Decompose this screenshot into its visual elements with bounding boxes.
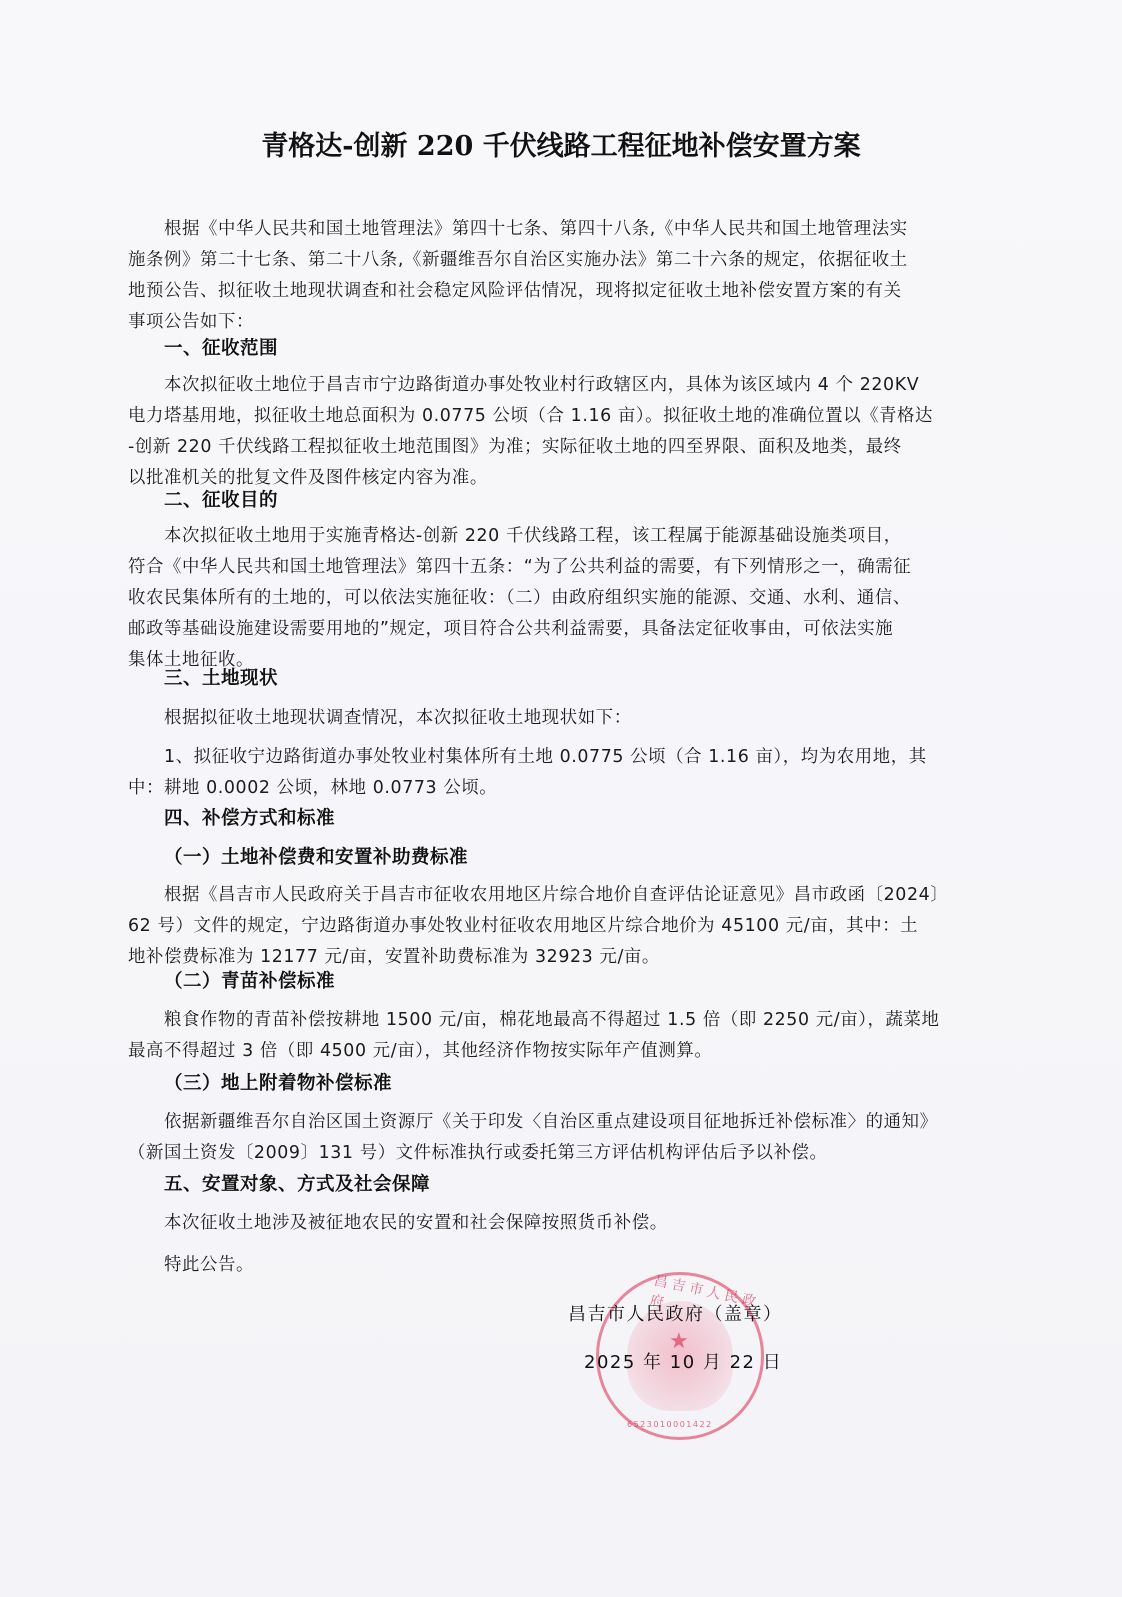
text-line: 62 号）文件的规定，宁边路街道办事处牧业村征收农用地区片综合地价为 45100… xyxy=(128,911,1033,942)
section-heading-purpose: 二、征收目的 xyxy=(164,486,278,512)
text-line: 符合《中华人民共和国土地管理法》第四十五条：“为了公共利益的需要，有下列情形之一… xyxy=(128,552,1033,583)
section-heading-resettlement: 五、安置对象、方式及社会保障 xyxy=(164,1170,430,1196)
section-scope-body: 本次拟征收土地位于昌吉市宁边路街道办事处牧业村行政辖区内，具体为该区域内 4 个… xyxy=(128,370,1033,494)
text-line: 本次征收土地涉及被征地农民的安置和社会保障按照货币补偿。 xyxy=(128,1208,1033,1239)
section-heading-land-status: 三、土地现状 xyxy=(164,664,278,690)
text-line: 最高不得超过 3 倍（即 4500 元/亩），其他经济作物按实际年产值测算。 xyxy=(128,1036,1033,1067)
issuer-signature: 昌吉市人民政府（盖章） xyxy=(568,1300,783,1326)
text-line: 地预公告、拟征收土地现状调查和社会稳定风险评估情况，现将拟定征收土地补偿安置方案… xyxy=(128,276,1033,307)
subsection-attachment-compensation-body: 依据新疆维吾尔自治区国土资源厅《关于印发〈自治区重点建设项目征地拆迁补偿标准〉的… xyxy=(128,1107,1033,1169)
text-line: 邮政等基础设施建设需要用地的”规定，项目符合公共利益需要，具备法定征收事由，可依… xyxy=(128,614,1033,645)
seal-number: 6523010001422 xyxy=(627,1420,713,1429)
subsection-land-compensation-body: 根据《昌吉市人民政府关于昌吉市征收农用地区片综合地价自查评估论证意见》昌市政函〔… xyxy=(128,880,1033,973)
text-line: 根据拟征收土地现状调查情况，本次拟征收土地现状如下： xyxy=(128,703,1033,734)
text-line: 粮食作物的青苗补偿按耕地 1500 元/亩，棉花地最高不得超过 1.5 倍（即 … xyxy=(128,1005,1033,1036)
text-line: -创新 220 千伏线路工程拟征收土地范围图》为准；实际征收土地的四至界限、面积… xyxy=(128,432,1033,463)
text-line: 根据《昌吉市人民政府关于昌吉市征收农用地区片综合地价自查评估论证意见》昌市政函〔… xyxy=(128,880,1033,911)
subsection-heading-attachment-compensation: （三）地上附着物补偿标准 xyxy=(164,1069,392,1095)
section-heading-scope: 一、征收范围 xyxy=(164,334,278,360)
text-line: （新国土资发〔2009〕131 号）文件标准执行或委托第三方评估机构评估后予以补… xyxy=(128,1138,1033,1169)
section-land-status-body: 根据拟征收土地现状调查情况，本次拟征收土地现状如下： 1、拟征收宁边路街道办事处… xyxy=(128,703,1033,804)
text-line: 本次拟征收土地位于昌吉市宁边路街道办事处牧业村行政辖区内，具体为该区域内 4 个… xyxy=(128,370,1033,401)
text-line: 1、拟征收宁边路街道办事处牧业村集体所有土地 0.0775 公顷（合 1.16 … xyxy=(128,742,1033,773)
subsection-heading-crop-compensation: （二）青苗补偿标准 xyxy=(164,967,335,993)
closing-text: 特此公告。 xyxy=(128,1250,1033,1281)
text-line: 本次拟征收土地用于实施青格达-创新 220 千伏线路工程，该工程属于能源基础设施… xyxy=(128,521,1033,552)
text-line: 施条例》第二十七条、第二十八条,《新疆维吾尔自治区实施办法》第二十六条的规定，依… xyxy=(128,245,1033,276)
issue-date: 2025 年 10 月 22 日 xyxy=(584,1348,782,1374)
closing-paragraph: 特此公告。 xyxy=(128,1250,1033,1281)
text-line: 电力塔基用地，拟征收土地总面积为 0.0775 公顷（合 1.16 亩）。拟征收… xyxy=(128,401,1033,432)
intro-paragraph: 根据《中华人民共和国土地管理法》第四十七条、第四十八条,《中华人民共和国土地管理… xyxy=(128,214,1033,338)
text-line: 中：耕地 0.0002 公顷，林地 0.0773 公顷。 xyxy=(128,773,1033,804)
section-resettlement-body: 本次征收土地涉及被征地农民的安置和社会保障按照货币补偿。 xyxy=(128,1208,1033,1239)
subsection-heading-land-compensation: （一）土地补偿费和安置补助费标准 xyxy=(164,843,468,869)
document-page: 青格达-创新 220 千伏线路工程征地补偿安置方案 根据《中华人民共和国土地管理… xyxy=(0,0,1122,1597)
text-line: 收农民集体所有的土地的，可以依法实施征收：（二）由政府组织实施的能源、交通、水利… xyxy=(128,583,1033,614)
document-title: 青格达-创新 220 千伏线路工程征地补偿安置方案 xyxy=(0,124,1122,163)
text-line: 根据《中华人民共和国土地管理法》第四十七条、第四十八条,《中华人民共和国土地管理… xyxy=(128,214,1033,245)
subsection-crop-compensation-body: 粮食作物的青苗补偿按耕地 1500 元/亩，棉花地最高不得超过 1.5 倍（即 … xyxy=(128,1005,1033,1067)
section-purpose-body: 本次拟征收土地用于实施青格达-创新 220 千伏线路工程，该工程属于能源基础设施… xyxy=(128,521,1033,676)
section-heading-compensation: 四、补偿方式和标准 xyxy=(164,804,335,830)
text-line: 依据新疆维吾尔自治区国土资源厅《关于印发〈自治区重点建设项目征地拆迁补偿标准〉的… xyxy=(128,1107,1033,1138)
